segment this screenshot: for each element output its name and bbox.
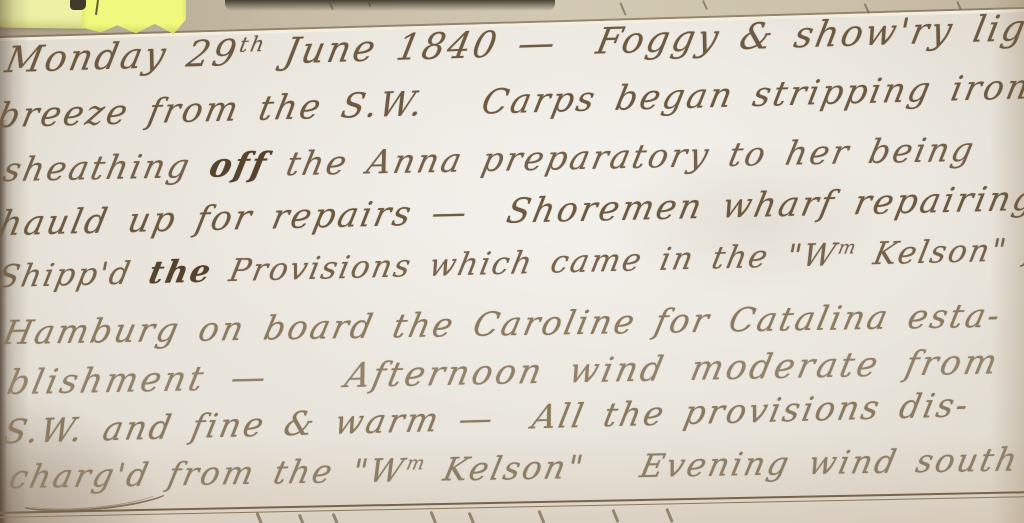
page-gap-shadow [225,0,555,11]
binding-notch [70,0,86,10]
scanned-journal-page: Monday 29th June 1840 — Foggy & show'ry … [0,0,1024,523]
